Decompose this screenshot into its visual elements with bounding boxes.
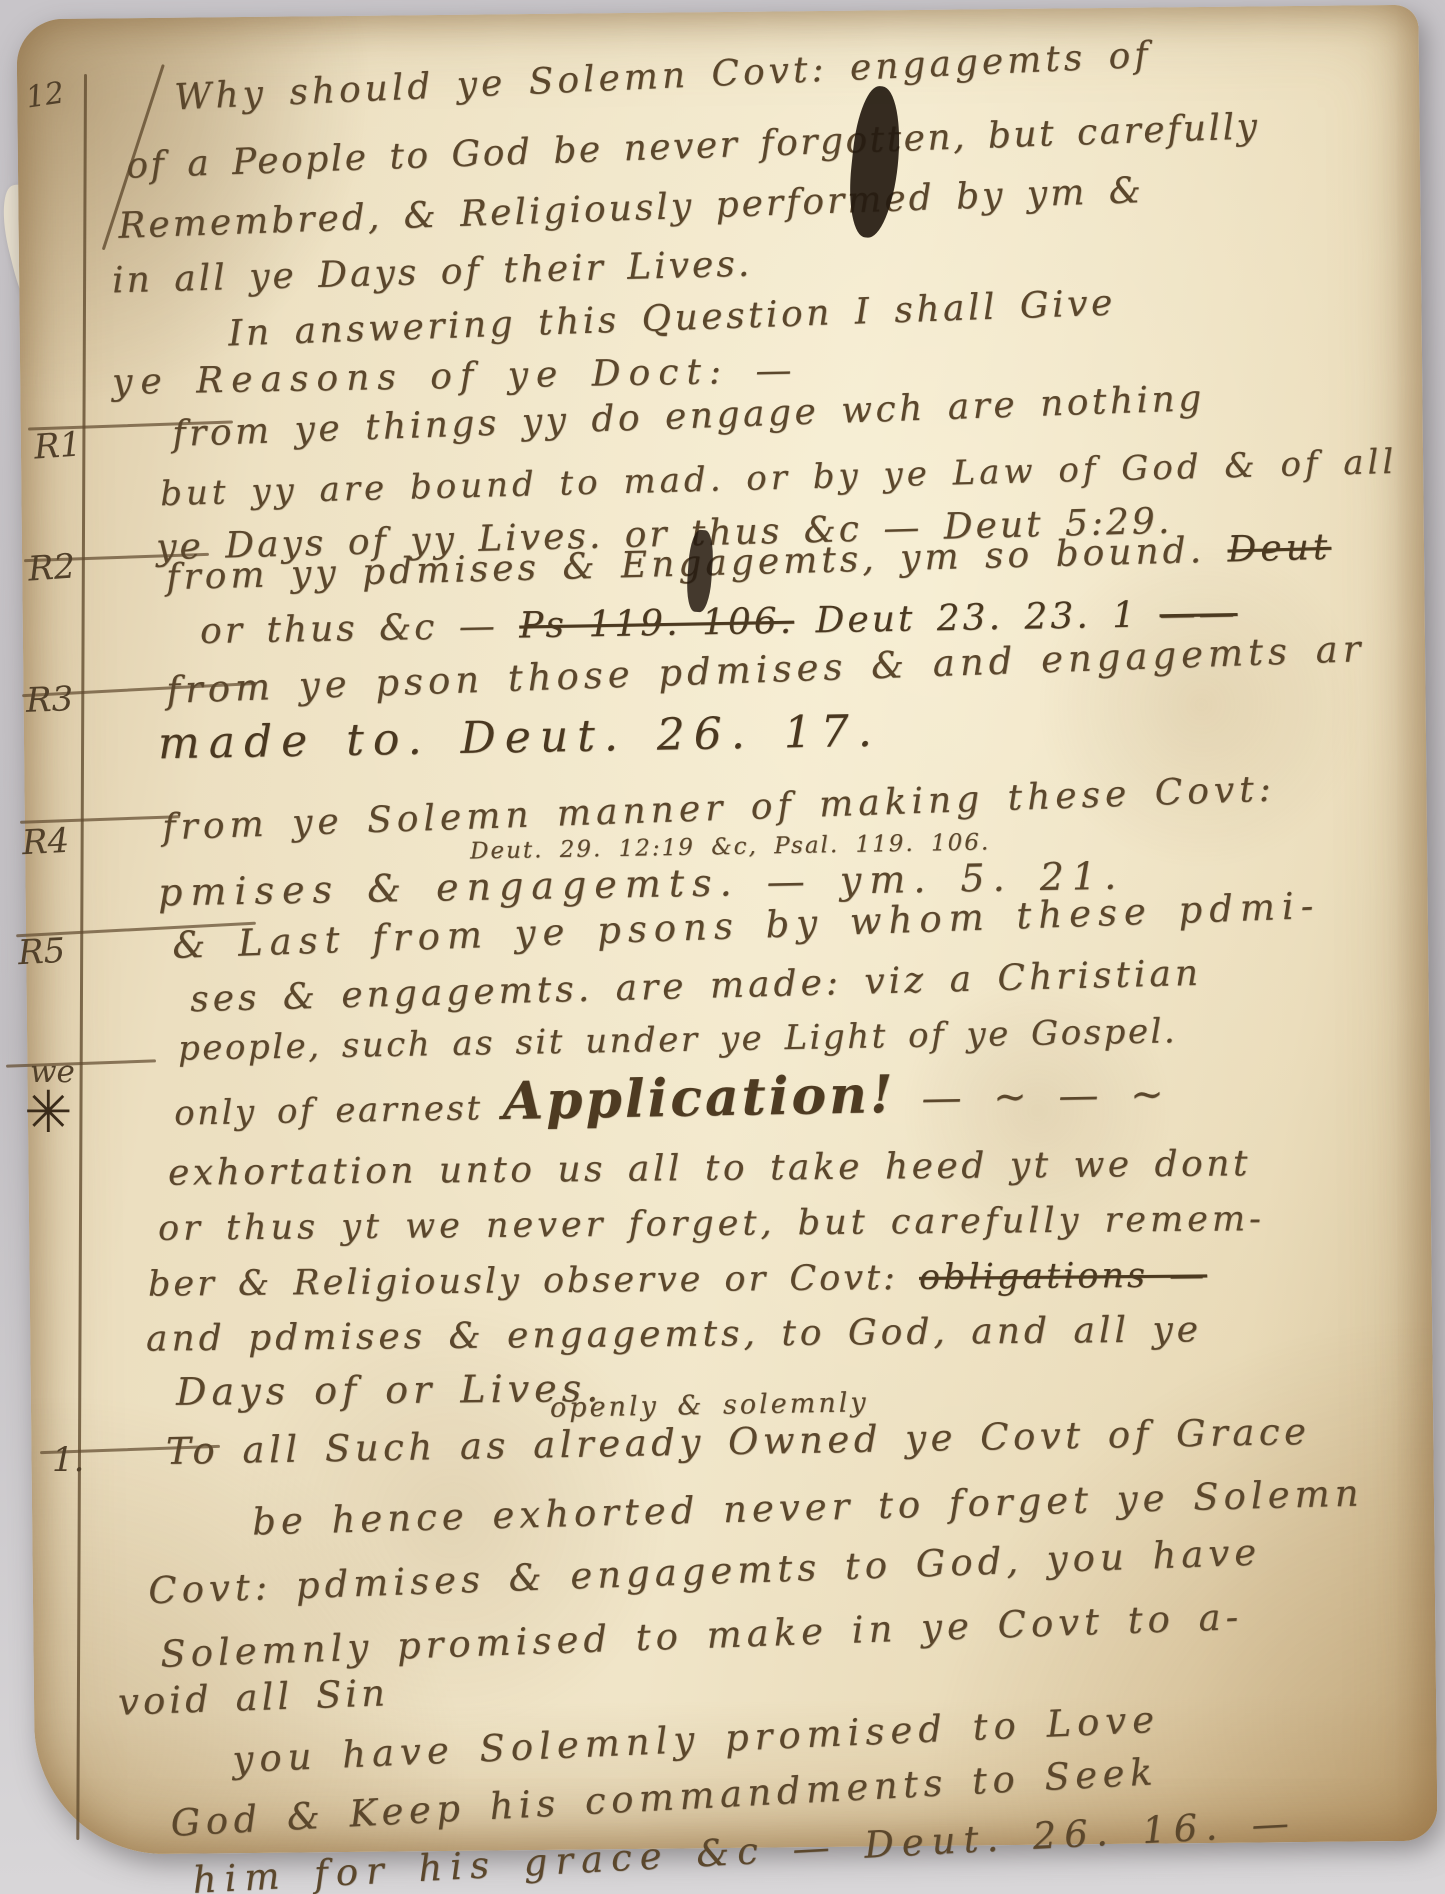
- flourish-stroke: — ~ — ~: [895, 1071, 1170, 1122]
- manuscript-line: ses & engagemts. are made: viz a Christi…: [190, 953, 1203, 1020]
- manuscript-line: To all Such as already Owned ye Covt of …: [166, 1410, 1311, 1473]
- ink-layer: 12 R1 R2 R3 R4 R5 we ✳ 1. Why should ye …: [0, 0, 1445, 1894]
- manuscript-line: made to. Deut. 26. 17.: [158, 706, 882, 770]
- manuscript-line: ber & Religiously observe or Covt: oblig…: [148, 1255, 1207, 1304]
- line-text: only of earnest: [174, 1088, 503, 1134]
- application-heading: Application!: [502, 1064, 896, 1132]
- manuscript-line: but yy are bound to mad. or by ye Law of…: [160, 442, 1398, 514]
- manuscript-line: void all Sin: [117, 1671, 389, 1723]
- manuscript-line: and pdmises & engagemts, to God, and all…: [146, 1309, 1202, 1359]
- margin-rule-line: [76, 74, 87, 1840]
- margin-label-r1: R1: [33, 424, 83, 467]
- asterisk-mark-icon: ✳: [24, 1078, 73, 1146]
- manuscript-line: Why should ye Solemn Covt: engagemts of: [174, 35, 1153, 119]
- manuscript-line: exhortation unto us all to take heed yt …: [168, 1143, 1251, 1193]
- struck-text: Deut: [1227, 527, 1332, 571]
- struck-text: obligations —: [919, 1255, 1207, 1298]
- margin-label-r5: R5: [17, 931, 66, 973]
- line-text: Deut 23. 23. 1: [794, 594, 1160, 641]
- margin-label-r3: R3: [25, 679, 74, 721]
- struck-text: ——: [1159, 593, 1238, 635]
- manuscript-line: only of earnest Application! — ~ — ~: [174, 1059, 1171, 1137]
- margin-label-r2: R2: [27, 546, 77, 589]
- line-text: or thus &c —: [200, 605, 520, 652]
- manuscript-line: Days of or Lives.: [176, 1366, 604, 1414]
- margin-label-top: 12: [24, 76, 67, 116]
- struck-text: Ps 119. 106.: [519, 601, 795, 647]
- margin-label-r4: R4: [21, 821, 70, 863]
- manuscript-line: in all ye Days of their Lives.: [112, 244, 753, 302]
- line-text: ber & Religiously observe or Covt:: [148, 1258, 919, 1305]
- manuscript-line: people, such as sit under ye Light of ye…: [178, 1011, 1178, 1068]
- manuscript-line: or thus yt we never forget, but carefull…: [158, 1199, 1265, 1249]
- margin-label-one: 1.: [52, 1440, 84, 1480]
- manuscript-line: Solemnly promised to make in ye Covt to …: [160, 1595, 1244, 1676]
